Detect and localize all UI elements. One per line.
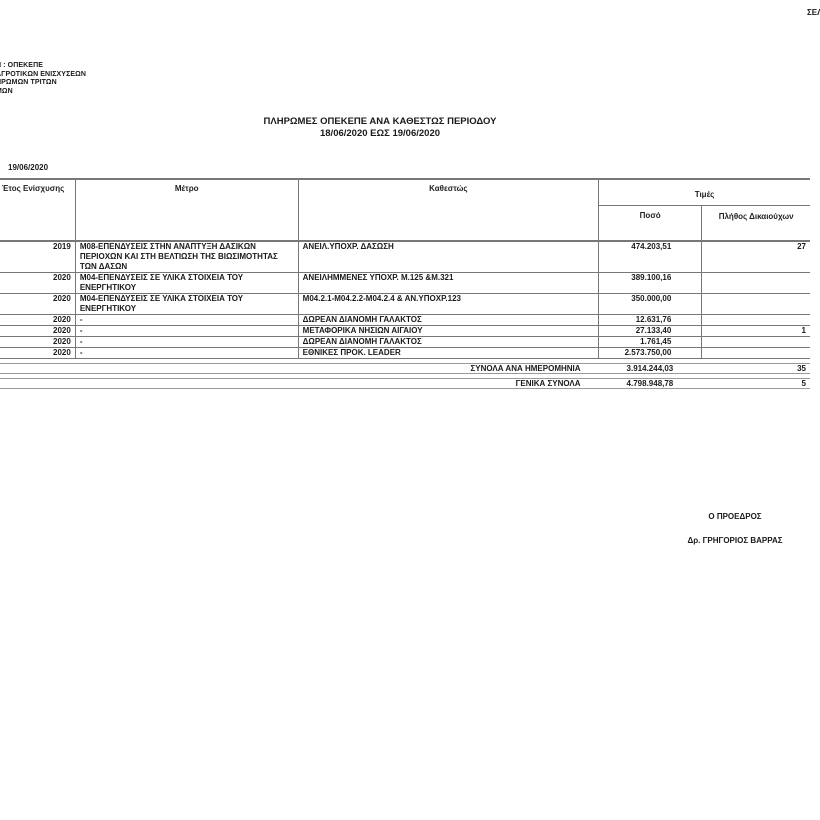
column-header-measure: Μέτρο: [75, 179, 298, 241]
column-header-values: Τιμές: [599, 179, 810, 205]
daily-total-amount: 3.914.244,03: [599, 364, 702, 374]
cell-regime: Μ04.2.1-Μ04.2.2-Μ04.2.4 & ΑΝ.ΥΠΟΧΡ.123: [298, 294, 598, 315]
cell-beneficiaries: [702, 348, 810, 359]
daily-total-label: ΣΥΝΟΛΑ ΑΝΑ ΗΜΕΡΟΜΗΝΙΑ: [0, 364, 599, 374]
org-line: Η : ΟΠΕΚΕΠΕ: [0, 62, 86, 71]
grand-total-label: ΓΕΝΙΚΑ ΣΥΝΟΛΑ: [0, 379, 599, 389]
cell-regime: ΜΕΤΑΦΟΡΙΚΑ ΝΗΣΙΩΝ ΑΙΓΑΙΟΥ: [298, 326, 598, 337]
table-row: 2020Μ04-ΕΠΕΝΔΥΣΕΙΣ ΣΕ ΥΛΙΚΑ ΣΤΟΙΧΕΙΑ ΤΟΥ…: [0, 273, 810, 294]
column-header-regime: Καθεστώς: [298, 179, 598, 241]
cell-beneficiaries: [702, 315, 810, 326]
cell-measure: Μ04-ΕΠΕΝΔΥΣΕΙΣ ΣΕ ΥΛΙΚΑ ΣΤΟΙΧΕΙΑ ΤΟΥ ΕΝΕ…: [75, 294, 298, 315]
report-period: 18/06/2020 ΕΩΣ 19/06/2020: [0, 128, 760, 140]
cell-amount: 350.000,00: [599, 294, 702, 315]
report-date: 19/06/2020: [8, 163, 48, 172]
report-title: ΠΛΗΡΩΜΕΣ ΟΠΕΚΕΠΕ ΑΝΑ ΚΑΘΕΣΤΩΣ ΠΕΡΙΟΔΟΥ 1…: [0, 116, 760, 140]
cell-measure: -: [75, 315, 298, 326]
cell-amount: 389.100,16: [599, 273, 702, 294]
table-row: 2020-ΜΕΤΑΦΟΡΙΚΑ ΝΗΣΙΩΝ ΑΙΓΑΙΟΥ27.133,401: [0, 326, 810, 337]
cell-amount: 474.203,51: [599, 241, 702, 273]
cell-measure: -: [75, 348, 298, 359]
daily-total-row: ΣΥΝΟΛΑ ΑΝΑ ΗΜΕΡΟΜΗΝΙΑ 3.914.244,03 35: [0, 364, 810, 374]
column-header-amount: Ποσό: [599, 205, 702, 241]
cell-year: 2020: [0, 294, 75, 315]
org-line: ΗΡΩΜΩΝ ΤΡΙΤΩΝ: [0, 79, 86, 88]
cell-year: 2020: [0, 348, 75, 359]
cell-beneficiaries: [702, 294, 810, 315]
table-row: 2020-ΕΘΝΙΚΕΣ ΠΡΟΚ. LEADER2.573.750,00: [0, 348, 810, 359]
cell-measure: Μ04-ΕΠΕΝΔΥΣΕΙΣ ΣΕ ΥΛΙΚΑ ΣΤΟΙΧΕΙΑ ΤΟΥ ΕΝΕ…: [75, 273, 298, 294]
cell-year: 2020: [0, 315, 75, 326]
cell-beneficiaries: [702, 337, 810, 348]
cell-amount: 27.133,40: [599, 326, 702, 337]
cell-year: 2020: [0, 337, 75, 348]
table-row: 2020-ΔΩΡΕΑΝ ΔΙΑΝΟΜΗ ΓΑΛΑΚΤΟΣ12.631,76: [0, 315, 810, 326]
cell-year: 2020: [0, 326, 75, 337]
cell-measure: -: [75, 326, 298, 337]
cell-year: 2020: [0, 273, 75, 294]
org-line: ΜΩΝ: [0, 88, 86, 97]
cell-regime: ΔΩΡΕΑΝ ΔΙΑΝΟΜΗ ΓΑΛΑΚΤΟΣ: [298, 315, 598, 326]
table-row: 2020-ΔΩΡΕΑΝ ΔΙΑΝΟΜΗ ΓΑΛΑΚΤΟΣ1.761,45: [0, 337, 810, 348]
grand-total-row: ΓΕΝΙΚΑ ΣΥΝΟΛΑ 4.798.948,78 5: [0, 379, 810, 389]
table-row: 2019Μ08-ΕΠΕΝΔΥΣΕΙΣ ΣΤΗΝ ΑΝΑΠΤΥΞΗ ΔΑΣΙΚΩΝ…: [0, 241, 810, 273]
cell-beneficiaries: [702, 273, 810, 294]
cell-amount: 1.761,45: [599, 337, 702, 348]
grand-total-beneficiaries: 5: [702, 379, 810, 389]
cell-amount: 2.573.750,00: [599, 348, 702, 359]
cell-regime: ΔΩΡΕΑΝ ΔΙΑΝΟΜΗ ΓΑΛΑΚΤΟΣ: [298, 337, 598, 348]
cell-regime: ΑΝΕΙΛΗΜΜΕΝΕΣ ΥΠΟΧΡ. Μ.125 &Μ.321: [298, 273, 598, 294]
report-title-line: ΠΛΗΡΩΜΕΣ ΟΠΕΚΕΠΕ ΑΝΑ ΚΑΘΕΣΤΩΣ ΠΕΡΙΟΔΟΥ: [0, 116, 760, 128]
column-header-beneficiaries: Πλήθος Δικαιούχων: [702, 205, 810, 241]
grand-total-amount: 4.798.948,78: [599, 379, 702, 389]
column-header-year: Έτος Ενίσχυσης: [0, 179, 75, 241]
cell-measure: Μ08-ΕΠΕΝΔΥΣΕΙΣ ΣΤΗΝ ΑΝΑΠΤΥΞΗ ΔΑΣΙΚΩΝ ΠΕΡ…: [75, 241, 298, 273]
table-row: 2020Μ04-ΕΠΕΝΔΥΣΕΙΣ ΣΕ ΥΛΙΚΑ ΣΤΟΙΧΕΙΑ ΤΟΥ…: [0, 294, 810, 315]
cell-regime: ΕΘΝΙΚΕΣ ΠΡΟΚ. LEADER: [298, 348, 598, 359]
payments-table: Έτος Ενίσχυσης Μέτρο Καθεστώς Τιμές Ποσό…: [0, 178, 810, 393]
cell-measure: -: [75, 337, 298, 348]
cell-year: 2019: [0, 241, 75, 273]
cell-beneficiaries: 1: [702, 326, 810, 337]
org-line: ΑΓΡΟΤΙΚΩΝ ΕΝΙΣΧΥΣΕΩΝ: [0, 71, 86, 80]
cell-amount: 12.631,76: [599, 315, 702, 326]
cell-beneficiaries: 27: [702, 241, 810, 273]
cell-regime: ΑΝΕΙΛ.ΥΠΟΧΡ. ΔΑΣΩΣΗ: [298, 241, 598, 273]
signature-name: Δρ. ΓΡΗΓΟΡΙΟΣ ΒΑΡΡΑΣ: [650, 536, 820, 545]
page-reference: ΣΕΛ: [807, 8, 820, 17]
daily-total-beneficiaries: 35: [702, 364, 810, 374]
signature-title: Ο ΠΡΟΕΔΡΟΣ: [650, 512, 820, 521]
organization-header: Η : ΟΠΕΚΕΠΕ ΑΓΡΟΤΙΚΩΝ ΕΝΙΣΧΥΣΕΩΝ ΗΡΩΜΩΝ …: [0, 62, 86, 96]
